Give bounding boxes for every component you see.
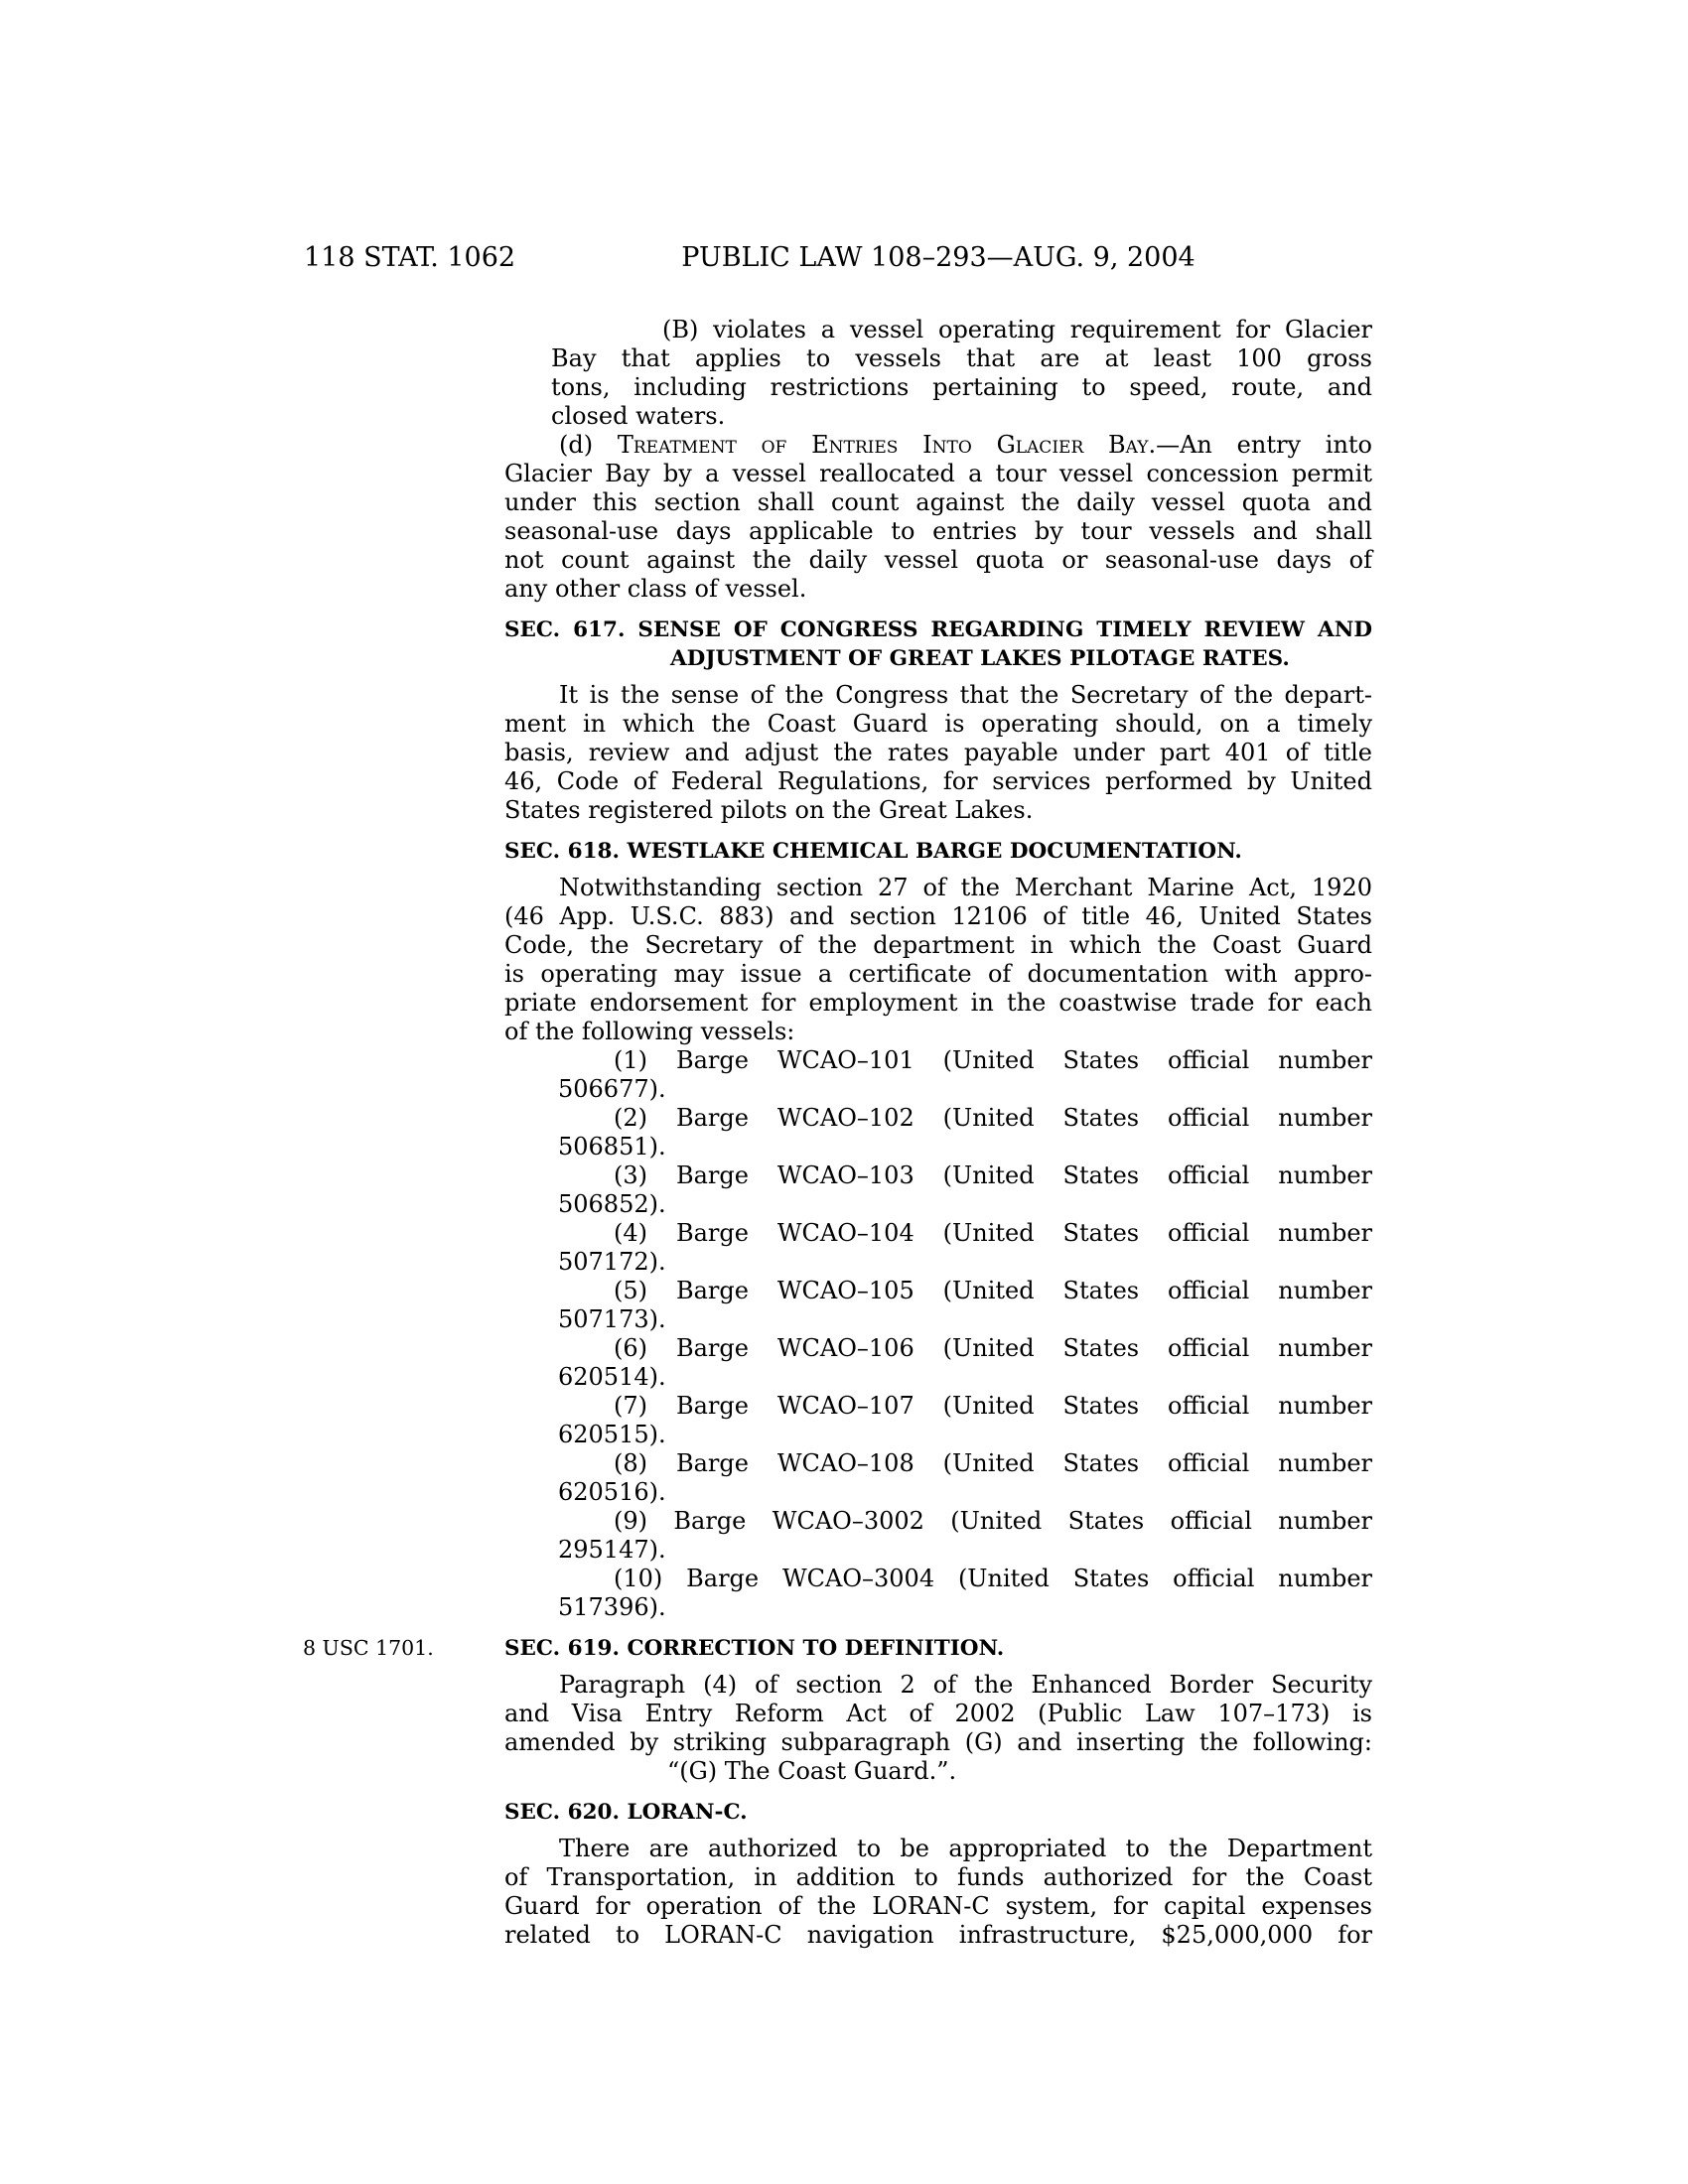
vessel-item: (6) Barge WCAO–106 (United States offici…	[504, 1334, 1372, 1392]
vessel-line: 507173).	[558, 1305, 1372, 1334]
stat-page-number: 118 STAT. 1062	[304, 242, 515, 274]
text-line: under this section shall count against t…	[504, 488, 1372, 517]
text-line: Guard for operation of the LORAN-C syste…	[504, 1892, 1372, 1921]
text-line: closed waters.	[551, 402, 1372, 431]
text-line: ment in which the Coast Guard is operati…	[504, 710, 1372, 739]
text-line: basis, review and adjust the rates payab…	[504, 739, 1372, 767]
heading-line: SEC. 617. SENSE OF CONGRESS REGARDING TI…	[504, 615, 1372, 644]
section-617-body: It is the sense of the Congress that the…	[504, 681, 1372, 825]
vessel-item: (2) Barge WCAO–102 (United States offici…	[504, 1104, 1372, 1161]
vessel-line: 620514).	[558, 1363, 1372, 1392]
vessel-item: (3) Barge WCAO–103 (United States offici…	[504, 1161, 1372, 1219]
vessel-line: 620516).	[558, 1478, 1372, 1507]
section-619-heading: 8 USC 1701. SEC. 619. CORRECTION TO DEFI…	[504, 1634, 1372, 1663]
vessel-line: 506677).	[558, 1075, 1372, 1104]
text-line: is operating may issue a certificate of …	[504, 960, 1372, 989]
heading-line: SEC. 620. LORAN-C.	[504, 1798, 1372, 1827]
text-line: seasonal-use days applicable to entries …	[504, 517, 1372, 546]
vessel-line: (2) Barge WCAO–102 (United States offici…	[558, 1104, 1372, 1133]
text-line: not count against the daily vessel quota…	[504, 546, 1372, 575]
section-620-heading: SEC. 620. LORAN-C.	[504, 1798, 1372, 1827]
text-line: States registered pilots on the Great La…	[504, 796, 1372, 825]
vessel-line: (7) Barge WCAO–107 (United States offici…	[558, 1392, 1372, 1421]
vessel-line: (8) Barge WCAO–108 (United States offici…	[558, 1449, 1372, 1478]
text-line: any other class of vessel.	[504, 575, 1372, 604]
vessel-item: (10) Barge WCAO–3004 (United States offi…	[504, 1565, 1372, 1622]
heading-line: SEC. 618. WESTLAKE CHEMICAL BARGE DOCUME…	[504, 837, 1372, 866]
section-618-body: Notwithstanding section 27 of the Mercha…	[504, 874, 1372, 1046]
text-line: and Visa Entry Reform Act of 2002 (Publi…	[504, 1700, 1372, 1728]
text-line: Notwithstanding section 27 of the Mercha…	[504, 874, 1372, 902]
section-620-body: There are authorized to be appropriated …	[504, 1835, 1372, 1950]
text-line: (d) Treatment of Entries Into Glacier Ba…	[504, 431, 1372, 460]
heading-line: SEC. 619. CORRECTION TO DEFINITION.	[504, 1634, 1372, 1663]
text-line: priate endorsement for employment in the…	[504, 989, 1372, 1018]
vessel-line: (3) Barge WCAO–103 (United States offici…	[558, 1161, 1372, 1190]
subsection-d: (d) Treatment of Entries Into Glacier Ba…	[504, 431, 1372, 604]
text-line: Glacier Bay by a vessel reallocated a to…	[504, 460, 1372, 488]
text-line: tons, including restrictions pertaining …	[551, 373, 1372, 402]
public-law-running-head: PUBLIC LAW 108–293—AUG. 9, 2004	[504, 242, 1372, 274]
section-618-heading: SEC. 618. WESTLAKE CHEMICAL BARGE DOCUME…	[504, 837, 1372, 866]
text-line: (B) violates a vessel operating requirem…	[551, 316, 1372, 344]
text-line: of Transportation, in addition to funds …	[504, 1863, 1372, 1892]
vessel-item: (9) Barge WCAO–3002 (United States offic…	[504, 1507, 1372, 1565]
subsection-label: (d)	[559, 431, 618, 459]
vessel-line: 506852).	[558, 1190, 1372, 1219]
subsection-d-smallcaps-title: Treatment of Entries Into Glacier Bay	[618, 431, 1149, 459]
text-line: Code, the Secretary of the department in…	[504, 931, 1372, 960]
vessel-list: (1) Barge WCAO–101 (United States offici…	[504, 1046, 1372, 1622]
section-617-heading: SEC. 617. SENSE OF CONGRESS REGARDING TI…	[504, 615, 1372, 673]
vessel-line: (6) Barge WCAO–106 (United States offici…	[558, 1334, 1372, 1363]
vessel-line: 506851).	[558, 1133, 1372, 1161]
vessel-line: 517396).	[558, 1593, 1372, 1622]
heading-line: ADJUSTMENT OF GREAT LAKES PILOTAGE RATES…	[670, 644, 1372, 673]
text-line: of the following vessels:	[504, 1018, 1372, 1046]
vessel-line: (9) Barge WCAO–3002 (United States offic…	[558, 1507, 1372, 1536]
vessel-line: (5) Barge WCAO–105 (United States offici…	[558, 1277, 1372, 1305]
vessel-item: (5) Barge WCAO–105 (United States offici…	[504, 1277, 1372, 1334]
subparagraph-b: (B) violates a vessel operating requirem…	[551, 316, 1372, 431]
text-line: related to LORAN-C navigation infrastruc…	[504, 1921, 1372, 1950]
text-line: 46, Code of Federal Regulations, for ser…	[504, 767, 1372, 796]
vessel-item: (1) Barge WCAO–101 (United States offici…	[504, 1046, 1372, 1104]
vessel-item: (8) Barge WCAO–108 (United States offici…	[504, 1449, 1372, 1507]
us-code-margin-note: 8 USC 1701.	[303, 1636, 496, 1660]
section-619-body: Paragraph (4) of section 2 of the Enhanc…	[504, 1671, 1372, 1786]
vessel-line: 507172).	[558, 1248, 1372, 1277]
vessel-line: (4) Barge WCAO–104 (United States offici…	[558, 1219, 1372, 1248]
text-line: Bay that applies to vessels that are at …	[551, 344, 1372, 373]
vessel-line: (1) Barge WCAO–101 (United States offici…	[558, 1046, 1372, 1075]
statute-page: 118 STAT. 1062 PUBLIC LAW 108–293—AUG. 9…	[0, 0, 1688, 2184]
vessel-line: 295147).	[558, 1536, 1372, 1565]
page-body: (B) violates a vessel operating requirem…	[504, 316, 1372, 1950]
vessel-item: (4) Barge WCAO–104 (United States offici…	[504, 1219, 1372, 1277]
text-line: (46 App. U.S.C. 883) and section 12106 o…	[504, 902, 1372, 931]
text-line: amended by striking subparagraph (G) and…	[504, 1728, 1372, 1757]
text-line: Paragraph (4) of section 2 of the Enhanc…	[504, 1671, 1372, 1700]
text-line: There are authorized to be appropriated …	[504, 1835, 1372, 1863]
text-line: It is the sense of the Congress that the…	[504, 681, 1372, 710]
vessel-item: (7) Barge WCAO–107 (United States offici…	[504, 1392, 1372, 1449]
vessel-line: 620515).	[558, 1421, 1372, 1449]
vessel-line: (10) Barge WCAO–3004 (United States offi…	[558, 1565, 1372, 1593]
quoted-amendment-text: “(G) The Coast Guard.”.	[504, 1757, 1372, 1786]
subsection-d-line1-rest: .—An entry into	[1148, 431, 1372, 459]
